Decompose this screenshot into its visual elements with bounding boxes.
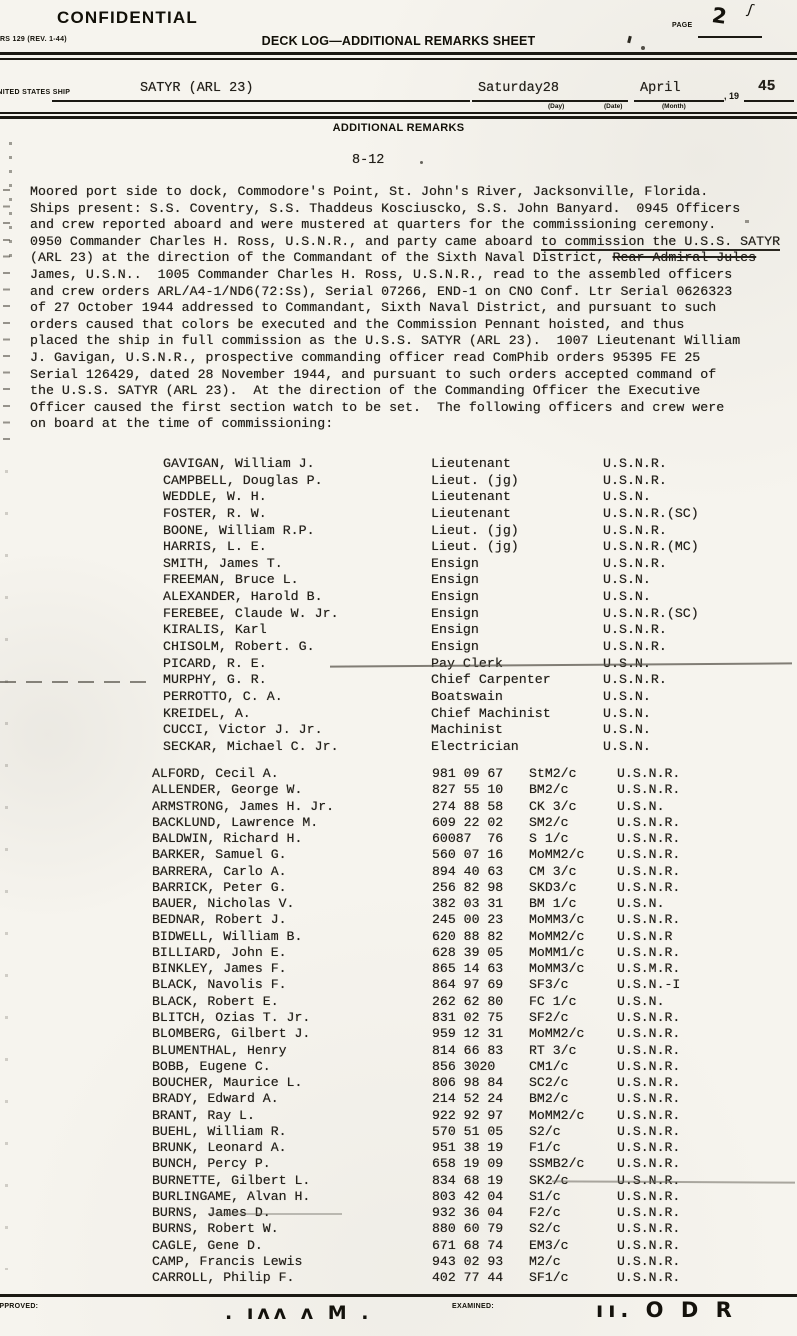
officer-rank: Electrician [431, 739, 603, 756]
crew-service: U.S.N.R. [617, 831, 680, 847]
crew-name: ARMSTRONG, James H. Jr. [152, 799, 432, 815]
officer-name: FREEMAN, Bruce L. [163, 572, 431, 589]
crew-service-number: 951 38 19 [432, 1140, 529, 1156]
crew-name: BLUMENTHAL, Henry [152, 1043, 432, 1059]
officer-name: SMITH, James T. [163, 556, 431, 573]
crew-rate: SF3/c [529, 977, 617, 993]
officer-name: SECKAR, Michael C. Jr. [163, 739, 431, 756]
crew-service-number: 959 12 31 [432, 1026, 529, 1042]
crew-row: BEDNAR, Robert J.245 00 23MoMM3/cU.S.N.R… [152, 912, 797, 928]
ship-underline [52, 100, 470, 102]
crew-rate: S2/c [529, 1124, 617, 1140]
crew-service: U.S.N.R. [617, 1221, 680, 1237]
crew-name: BEDNAR, Robert J. [152, 912, 432, 928]
crew-row: BILLIARD, John E.628 39 05MoMM1/cU.S.N.R… [152, 945, 797, 961]
officer-service: U.S.N.R. [603, 622, 667, 639]
crew-service: U.S.N.R. [617, 782, 680, 798]
crew-service: U.S.N.R. [617, 880, 680, 896]
crew-name: BINKLEY, James F. [152, 961, 432, 977]
crew-row: CAGLE, Gene D.671 68 74EM3/cU.S.N.R. [152, 1238, 797, 1254]
officer-name: FOSTER, R. W. [163, 506, 431, 523]
mid-rule-top [0, 112, 797, 114]
remarks-line: placed the ship in full commission as th… [30, 333, 792, 350]
officer-name: CAMPBELL, Douglas P. [163, 473, 431, 490]
crew-rate: MoMM2/c [529, 847, 617, 863]
watch-heading: 8-12 [352, 153, 384, 168]
officer-row: FOSTER, R. W.LieutenantU.S.N.R.(SC) [163, 506, 793, 523]
crew-rate: MoMM1/c [529, 945, 617, 961]
crew-service-number: 932 36 04 [432, 1205, 529, 1221]
crew-name: BUNCH, Percy P. [152, 1156, 432, 1172]
crew-service-number: 864 97 69 [432, 977, 529, 993]
crew-rate: StM2/c [529, 766, 617, 782]
day-date-value: Saturday28 [478, 81, 559, 96]
crew-name: BURNS, Robert W. [152, 1221, 432, 1237]
remarks-text: orders caused that colors be executed an… [30, 317, 684, 332]
officer-rank: Chief Carpenter [431, 672, 603, 689]
officer-service: U.S.N. [603, 739, 651, 756]
scan-margin-dashes [3, 189, 10, 441]
crew-row: BLITCH, Ozias T. Jr.831 02 75SF2/cU.S.N.… [152, 1010, 797, 1026]
crew-row: BLACK, Robert E.262 62 80FC 1/cU.S.N. [152, 994, 797, 1010]
crew-row: BURNETTE, Gilbert L.834 68 19SK2/cU.S.N.… [152, 1173, 797, 1189]
officer-name: ALEXANDER, Harold B. [163, 589, 431, 606]
crew-rate: CM1/c [529, 1059, 617, 1075]
crew-name: BURNS, James D. [152, 1205, 432, 1221]
officer-rank: Ensign [431, 639, 603, 656]
approved-label: APPROVED: [0, 1303, 38, 1310]
officer-rank: Ensign [431, 606, 603, 623]
officer-row: FEREBEE, Claude W. Jr.EnsignU.S.N.R.(SC) [163, 606, 793, 623]
crew-service: U.S.N.R. [617, 766, 680, 782]
officer-row: SECKAR, Michael C. Jr.ElectricianU.S.N. [163, 739, 793, 756]
crew-service-number: 814 66 83 [432, 1043, 529, 1059]
officer-service: U.S.N.R. [603, 456, 667, 473]
officer-row: WEDDLE, W. H.LieutenantU.S.N. [163, 489, 793, 506]
crew-service-number: 214 52 24 [432, 1091, 529, 1107]
officers-table: GAVIGAN, William J.LieutenantU.S.N.R.CAM… [163, 456, 793, 756]
crew-rate: S2/c [529, 1221, 617, 1237]
crew-name: BARRICK, Peter G. [152, 880, 432, 896]
crew-service-number: 256 82 98 [432, 880, 529, 896]
crew-service-number: 981 09 67 [432, 766, 529, 782]
officer-service: U.S.N. [603, 656, 651, 673]
officer-name: PERROTTO, C. A. [163, 689, 431, 706]
crew-row: BAUER, Nicholas V.382 03 31BM 1/cU.S.N. [152, 896, 797, 912]
officer-rank: Lieutenant [431, 489, 603, 506]
remarks-line: Serial 126429, dated 28 November 1944, a… [30, 367, 792, 384]
officer-service: U.S.N. [603, 706, 651, 723]
officer-rank: Lieutenant [431, 456, 603, 473]
month-underline [634, 100, 724, 102]
crew-name: BARRERA, Carlo A. [152, 864, 432, 880]
remarks-text: and crew reported aboard and were muster… [30, 217, 716, 232]
officer-row: BOONE, William R.P.Lieut. (jg)U.S.N.R. [163, 523, 793, 540]
officer-service: U.S.N.R. [603, 639, 667, 656]
officer-service: U.S.N.R. [603, 556, 667, 573]
crew-service-number: 628 39 05 [432, 945, 529, 961]
year-prefix: , 19 [724, 91, 739, 101]
year-underline [744, 100, 794, 102]
crew-rate: EM3/c [529, 1238, 617, 1254]
crew-service: U.S.N.-I [617, 977, 680, 993]
remarks-line: on board at the time of commissioning: [30, 416, 792, 433]
crew-service-number: 834 68 19 [432, 1173, 529, 1189]
crew-service: U.S.N.R. [617, 912, 680, 928]
crew-service-number: 880 60 79 [432, 1221, 529, 1237]
crew-row: BARRERA, Carlo A.894 40 63CM 3/cU.S.N.R. [152, 864, 797, 880]
crew-service: U.S.N.R. [617, 1156, 680, 1172]
officer-name: CUCCI, Victor J. Jr. [163, 722, 431, 739]
page-label: PAGE [672, 22, 693, 29]
crew-name: ALLENDER, George W. [152, 782, 432, 798]
crew-name: BIDWELL, William B. [152, 929, 432, 945]
officer-row: MURPHY, G. R.Chief CarpenterU.S.N.R. [163, 672, 793, 689]
crew-rate: SC2/c [529, 1075, 617, 1091]
crew-rate: FC 1/c [529, 994, 617, 1010]
crew-service: U.S.N.R. [617, 1059, 680, 1075]
crew-service-number: 806 98 84 [432, 1075, 529, 1091]
crew-rate: F1/c [529, 1140, 617, 1156]
officer-service: U.S.N.R.(SC) [603, 506, 699, 523]
remarks-text: James, U.S.N.. 1005 Commander Charles H.… [30, 267, 732, 282]
officer-row: CAMPBELL, Douglas P.Lieut. (jg)U.S.N.R. [163, 473, 793, 490]
crew-row: BRUNK, Leonard A.951 38 19F1/cU.S.N.R. [152, 1140, 797, 1156]
crew-row: CARROLL, Philip F.402 77 44SF1/cU.S.N.R. [152, 1270, 797, 1286]
crew-row: CAMP, Francis Lewis943 02 93M2/cU.S.N.R. [152, 1254, 797, 1270]
remarks-line: of 27 October 1944 addressed to Commanda… [30, 300, 792, 317]
officer-rank: Ensign [431, 556, 603, 573]
remarks-line: and crew reported aboard and were muster… [30, 217, 792, 234]
classification-stamp: CONFIDENTIAL [57, 8, 198, 28]
scan-margin-dots-2 [5, 470, 8, 1270]
crew-rate: S1/c [529, 1189, 617, 1205]
officer-service: U.S.N. [603, 572, 651, 589]
officer-name: KREIDEL, A. [163, 706, 431, 723]
remarks-text: Officer caused the first section watch t… [30, 400, 724, 415]
crew-service-number: 402 77 44 [432, 1270, 529, 1286]
section-title: ADDITIONAL REMARKS [0, 122, 797, 134]
crew-service: U.S.N.R. [617, 1189, 680, 1205]
remarks-line: Officer caused the first section watch t… [30, 400, 792, 417]
crew-name: BURLINGAME, Alvan H. [152, 1189, 432, 1205]
crew-rate: M2/c [529, 1254, 617, 1270]
officer-service: U.S.N.R. [603, 473, 667, 490]
crew-rate: BM2/c [529, 782, 617, 798]
crew-service: U.S.N.R. [617, 847, 680, 863]
crew-service-number: 831 02 75 [432, 1010, 529, 1026]
crew-name: BOUCHER, Maurice L. [152, 1075, 432, 1091]
year-value: 45 [758, 79, 775, 95]
officer-row: FREEMAN, Bruce L.EnsignU.S.N. [163, 572, 793, 589]
officer-row: KIRALIS, KarlEnsignU.S.N.R. [163, 622, 793, 639]
crew-name: BARKER, Samuel G. [152, 847, 432, 863]
crew-name: BACKLUND, Lawrence M. [152, 815, 432, 831]
crew-name: ALFORD, Cecil A. [152, 766, 432, 782]
crew-rate: MoMM2/c [529, 1026, 617, 1042]
remarks-line: and crew orders ARL/A4-1/ND6(72:Ss), Ser… [30, 284, 792, 301]
ship-name: SATYR (ARL 23) [140, 81, 253, 96]
crew-service: U.S.N.R. [617, 1043, 680, 1059]
header-rule-bottom [0, 58, 797, 60]
crew-service: U.S.M.R. [617, 961, 680, 977]
day-underline [472, 100, 628, 102]
crew-name: BUEHL, William R. [152, 1124, 432, 1140]
crew-service-number: 274 88 58 [432, 799, 529, 815]
crew-service-number: 827 55 10 [432, 782, 529, 798]
crew-row: ALFORD, Cecil A.981 09 67StM2/cU.S.N.R. [152, 766, 797, 782]
crew-row: BUEHL, William R.570 51 05S2/cU.S.N.R. [152, 1124, 797, 1140]
remarks-line: James, U.S.N.. 1005 Commander Charles H.… [30, 267, 792, 284]
header-rule-top [0, 52, 797, 55]
crew-row: BACKLUND, Lawrence M.609 22 02SM2/cU.S.N… [152, 815, 797, 831]
crew-rate: SM2/c [529, 815, 617, 831]
crew-rate: MoMM2/c [529, 1108, 617, 1124]
crew-service: U.S.N.R. [617, 1124, 680, 1140]
officer-name: BOONE, William R.P. [163, 523, 431, 540]
officer-row: CUCCI, Victor J. Jr.MachinistU.S.N. [163, 722, 793, 739]
officer-service: U.S.N.R.(MC) [603, 539, 699, 556]
officer-row: PICARD, R. E.Pay ClerkU.S.N. [163, 656, 793, 673]
crew-rate: S 1/c [529, 831, 617, 847]
crew-name: BRADY, Edward A. [152, 1091, 432, 1107]
officer-rank: Boatswain [431, 689, 603, 706]
officer-rank: Machinist [431, 722, 603, 739]
crew-service-number: 245 00 23 [432, 912, 529, 928]
officer-row: ALEXANDER, Harold B.EnsignU.S.N. [163, 589, 793, 606]
crew-name: BOBB, Eugene C. [152, 1059, 432, 1075]
crew-row: BINKLEY, James F.865 14 63MoMM3/cU.S.M.R… [152, 961, 797, 977]
crew-rate: CM 3/c [529, 864, 617, 880]
crew-name: BLOMBERG, Gilbert J. [152, 1026, 432, 1042]
crew-name: BILLIARD, John E. [152, 945, 432, 961]
crew-service-number: 894 40 63 [432, 864, 529, 880]
crew-row: ALLENDER, George W.827 55 10BM2/cU.S.N.R… [152, 782, 797, 798]
mid-rule-bottom [0, 116, 797, 119]
approved-signature-handwritten: . ıʌʌ ʌ M . [225, 1302, 372, 1324]
crew-service: U.S.N.R. [617, 815, 680, 831]
crew-service-number: 922 92 97 [432, 1108, 529, 1124]
crew-service: U.S.N.R. [617, 1238, 680, 1254]
officer-rank: Lieut. (jg) [431, 539, 603, 556]
remarks-text: on board at the time of commissioning: [30, 416, 333, 431]
remarks-line: (ARL 23) at the direction of the Command… [30, 250, 792, 267]
officer-name: KIRALIS, Karl [163, 622, 431, 639]
form-title: DECK LOG—ADDITIONAL REMARKS SHEET [0, 34, 797, 48]
crew-name: BLITCH, Ozias T. Jr. [152, 1010, 432, 1026]
remarks-text: J. Gavigan, U.S.N.R., prospective comman… [30, 350, 700, 365]
crew-service-number: 620 88 82 [432, 929, 529, 945]
officer-name: GAVIGAN, William J. [163, 456, 431, 473]
officer-service: U.S.N. [603, 489, 651, 506]
crew-row: ARMSTRONG, James H. Jr.274 88 58CK 3/cU.… [152, 799, 797, 815]
crew-service: U.S.N.R. [617, 1254, 680, 1270]
date-label: (Date) [604, 103, 622, 110]
officer-name: WEDDLE, W. H. [163, 489, 431, 506]
crew-row: BURLINGAME, Alvan H.803 42 04S1/cU.S.N.R… [152, 1189, 797, 1205]
crew-service-number: 560 07 16 [432, 847, 529, 863]
remarks-struck-text: Rear Admiral Jules [613, 250, 757, 265]
crew-service-number: 865 14 63 [432, 961, 529, 977]
officer-rank: Ensign [431, 572, 603, 589]
crew-row: BURNS, Robert W.880 60 79S2/cU.S.N.R. [152, 1221, 797, 1237]
crew-row: BLOMBERG, Gilbert J.959 12 31MoMM2/cU.S.… [152, 1026, 797, 1042]
scan-dashes-murphy-row [0, 681, 148, 683]
crew-service: U.S.N. [617, 799, 664, 815]
crew-rate: CK 3/c [529, 799, 617, 815]
officer-row: PERROTTO, C. A.BoatswainU.S.N. [163, 689, 793, 706]
crew-name: BLACK, Robert E. [152, 994, 432, 1010]
crew-service: U.S.N. [617, 994, 664, 1010]
crew-row: BLACK, Navolis F.864 97 69SF3/cU.S.N.-I [152, 977, 797, 993]
officer-service: U.S.N. [603, 589, 651, 606]
officer-row: HARRIS, L. E.Lieut. (jg)U.S.N.R.(MC) [163, 539, 793, 556]
remarks-line: Ships present: S.S. Coventry, S.S. Thadd… [30, 201, 792, 218]
officer-name: MURPHY, G. R. [163, 672, 431, 689]
officer-row: SMITH, James T.EnsignU.S.N.R. [163, 556, 793, 573]
remarks-text: Serial 126429, dated 28 November 1944, a… [30, 367, 716, 382]
officer-row: KREIDEL, A.Chief MachinistU.S.N. [163, 706, 793, 723]
remarks-text: Ships present: S.S. Coventry, S.S. Thadd… [30, 201, 740, 216]
crew-service: U.S.N.R. [617, 1075, 680, 1091]
remarks-text: Moored port side to dock, Commodore's Po… [30, 184, 708, 199]
crew-service-number: 658 19 09 [432, 1156, 529, 1172]
crew-name: CAMP, Francis Lewis [152, 1254, 432, 1270]
officer-name: FEREBEE, Claude W. Jr. [163, 606, 431, 623]
officer-row: CHISOLM, Robert. G.EnsignU.S.N.R. [163, 639, 793, 656]
remarks-text: placed the ship in full commission as th… [30, 333, 740, 348]
crew-service: U.S.N.R. [617, 1205, 680, 1221]
officer-rank: Lieut. (jg) [431, 523, 603, 540]
crew-service-number: 609 22 02 [432, 815, 529, 831]
crew-name: BURNETTE, Gilbert L. [152, 1173, 432, 1189]
remarks-underlined-text: to commission the U.S.S. SATYR [541, 234, 780, 251]
crew-rate: MoMM3/c [529, 961, 617, 977]
crew-rate: MoMM2/c [529, 929, 617, 945]
remarks-line: Moored port side to dock, Commodore's Po… [30, 184, 792, 201]
remarks-text: (ARL 23) at the direction of the Command… [30, 250, 613, 265]
crew-rate: SK2/c [529, 1173, 617, 1189]
officer-rank: Lieut. (jg) [431, 473, 603, 490]
remarks-line: the U.S.S. SATYR (ARL 23). At the direct… [30, 383, 792, 400]
remarks-text: and crew orders ARL/A4-1/ND6(72:Ss), Ser… [30, 284, 732, 299]
officer-rank: Lieutenant [431, 506, 603, 523]
crew-row: BARRICK, Peter G.256 82 98SKD3/cU.S.N.R. [152, 880, 797, 896]
crew-row: BUNCH, Percy P.658 19 09SSMB2/cU.S.N.R. [152, 1156, 797, 1172]
ink-speck [420, 161, 423, 164]
crew-service: U.S.N. [617, 896, 664, 912]
remarks-text: the U.S.S. SATYR (ARL 23). At the direct… [30, 383, 700, 398]
crew-service-number: 943 02 93 [432, 1254, 529, 1270]
crew-service-number: 671 68 74 [432, 1238, 529, 1254]
crew-rate: MoMM3/c [529, 912, 617, 928]
officer-service: U.S.N. [603, 689, 651, 706]
crew-row: BOUCHER, Maurice L.806 98 84SC2/cU.S.N.R… [152, 1075, 797, 1091]
crew-service: U.S.N.R [617, 929, 672, 945]
crew-rate: SF1/c [529, 1270, 617, 1286]
remarks-text: 0950 Commander Charles H. Ross, U.S.N.R.… [30, 234, 541, 249]
crew-row: BRADY, Edward A.214 52 24BM2/cU.S.N.R. [152, 1091, 797, 1107]
officer-rank: Chief Machinist [431, 706, 603, 723]
crew-service-number: 262 62 80 [432, 994, 529, 1010]
page-stray-mark: ʃ [746, 2, 755, 19]
crew-row: BOBB, Eugene C.856 3020CM1/cU.S.N.R. [152, 1059, 797, 1075]
officer-name: CHISOLM, Robert. G. [163, 639, 431, 656]
crew-service-number: 856 3020 [432, 1059, 529, 1075]
crew-service: U.S.N.R. [617, 1140, 680, 1156]
remarks-text: of 27 October 1944 addressed to Commanda… [30, 300, 716, 315]
remarks-line: 0950 Commander Charles H. Ross, U.S.N.R.… [30, 234, 792, 251]
crew-service-number: 382 03 31 [432, 896, 529, 912]
examined-label: EXAMINED: [452, 1303, 494, 1310]
crew-name: BAUER, Nicholas V. [152, 896, 432, 912]
officer-row: GAVIGAN, William J.LieutenantU.S.N.R. [163, 456, 793, 473]
remarks-line: orders caused that colors be executed an… [30, 317, 792, 334]
officer-name: PICARD, R. E. [163, 656, 431, 673]
crew-row: BIDWELL, William B.620 88 82MoMM2/cU.S.N… [152, 929, 797, 945]
examined-signature-handwritten: ıı. O D R [596, 1298, 737, 1322]
crew-name: BLACK, Navolis F. [152, 977, 432, 993]
crew-row: BALDWIN, Richard H.60087 76S 1/cU.S.N.R. [152, 831, 797, 847]
crew-name: CAGLE, Gene D. [152, 1238, 432, 1254]
crew-service: U.S.N.R. [617, 1026, 680, 1042]
crew-service-number: 60087 76 [432, 831, 529, 847]
month-label: (Month) [662, 103, 686, 110]
crew-row: BURNS, James D.932 36 04F2/cU.S.N.R. [152, 1205, 797, 1221]
officer-service: U.S.N.R. [603, 672, 667, 689]
officer-service: U.S.N.R.(SC) [603, 606, 699, 623]
crew-name: CARROLL, Philip F. [152, 1270, 432, 1286]
crew-rate: RT 3/c [529, 1043, 617, 1059]
crew-row: BARKER, Samuel G.560 07 16MoMM2/cU.S.N.R… [152, 847, 797, 863]
crew-service: U.S.N.R. [617, 864, 680, 880]
officer-service: U.S.N. [603, 722, 651, 739]
officer-service: U.S.N.R. [603, 523, 667, 540]
page-number-handwritten: 2 [710, 3, 728, 29]
crew-row: BRANT, Ray L.922 92 97MoMM2/cU.S.N.R. [152, 1108, 797, 1124]
crew-service: U.S.N.R. [617, 1091, 680, 1107]
crew-name: BRANT, Ray L. [152, 1108, 432, 1124]
month-value: April [640, 81, 681, 96]
officer-rank: Ensign [431, 622, 603, 639]
crew-row: BLUMENTHAL, Henry814 66 83RT 3/cU.S.N.R. [152, 1043, 797, 1059]
footer-rule [0, 1294, 797, 1297]
remarks-paragraph: Moored port side to dock, Commodore's Po… [30, 184, 792, 433]
officer-rank: Pay Clerk [431, 656, 603, 673]
crew-service: U.S.N.R. [617, 945, 680, 961]
crew-table: ALFORD, Cecil A.981 09 67StM2/cU.S.N.R.A… [152, 766, 797, 1287]
deck-log-page: CONFIDENTIAL PAGE 2 ʃ PERS 129 (REV. 1-4… [0, 0, 797, 1336]
officer-name: HARRIS, L. E. [163, 539, 431, 556]
crew-rate: F2/c [529, 1205, 617, 1221]
crew-name: BALDWIN, Richard H. [152, 831, 432, 847]
scan-margin-dots [9, 142, 12, 257]
crew-service: U.S.N.R. [617, 1173, 680, 1189]
crew-rate: SF2/c [529, 1010, 617, 1026]
crew-service: U.S.N.R. [617, 1108, 680, 1124]
ship-label: UNITED STATES SHIP [0, 89, 70, 96]
crew-service: U.S.N.R. [617, 1010, 680, 1026]
crew-rate: BM2/c [529, 1091, 617, 1107]
crew-service-number: 803 42 04 [432, 1189, 529, 1205]
crew-name: BRUNK, Leonard A. [152, 1140, 432, 1156]
officer-rank: Ensign [431, 589, 603, 606]
crew-service: U.S.N.R. [617, 1270, 680, 1286]
crew-rate: BM 1/c [529, 896, 617, 912]
crew-rate: SSMB2/c [529, 1156, 617, 1172]
remarks-line: J. Gavigan, U.S.N.R., prospective comman… [30, 350, 792, 367]
crew-rate: SKD3/c [529, 880, 617, 896]
